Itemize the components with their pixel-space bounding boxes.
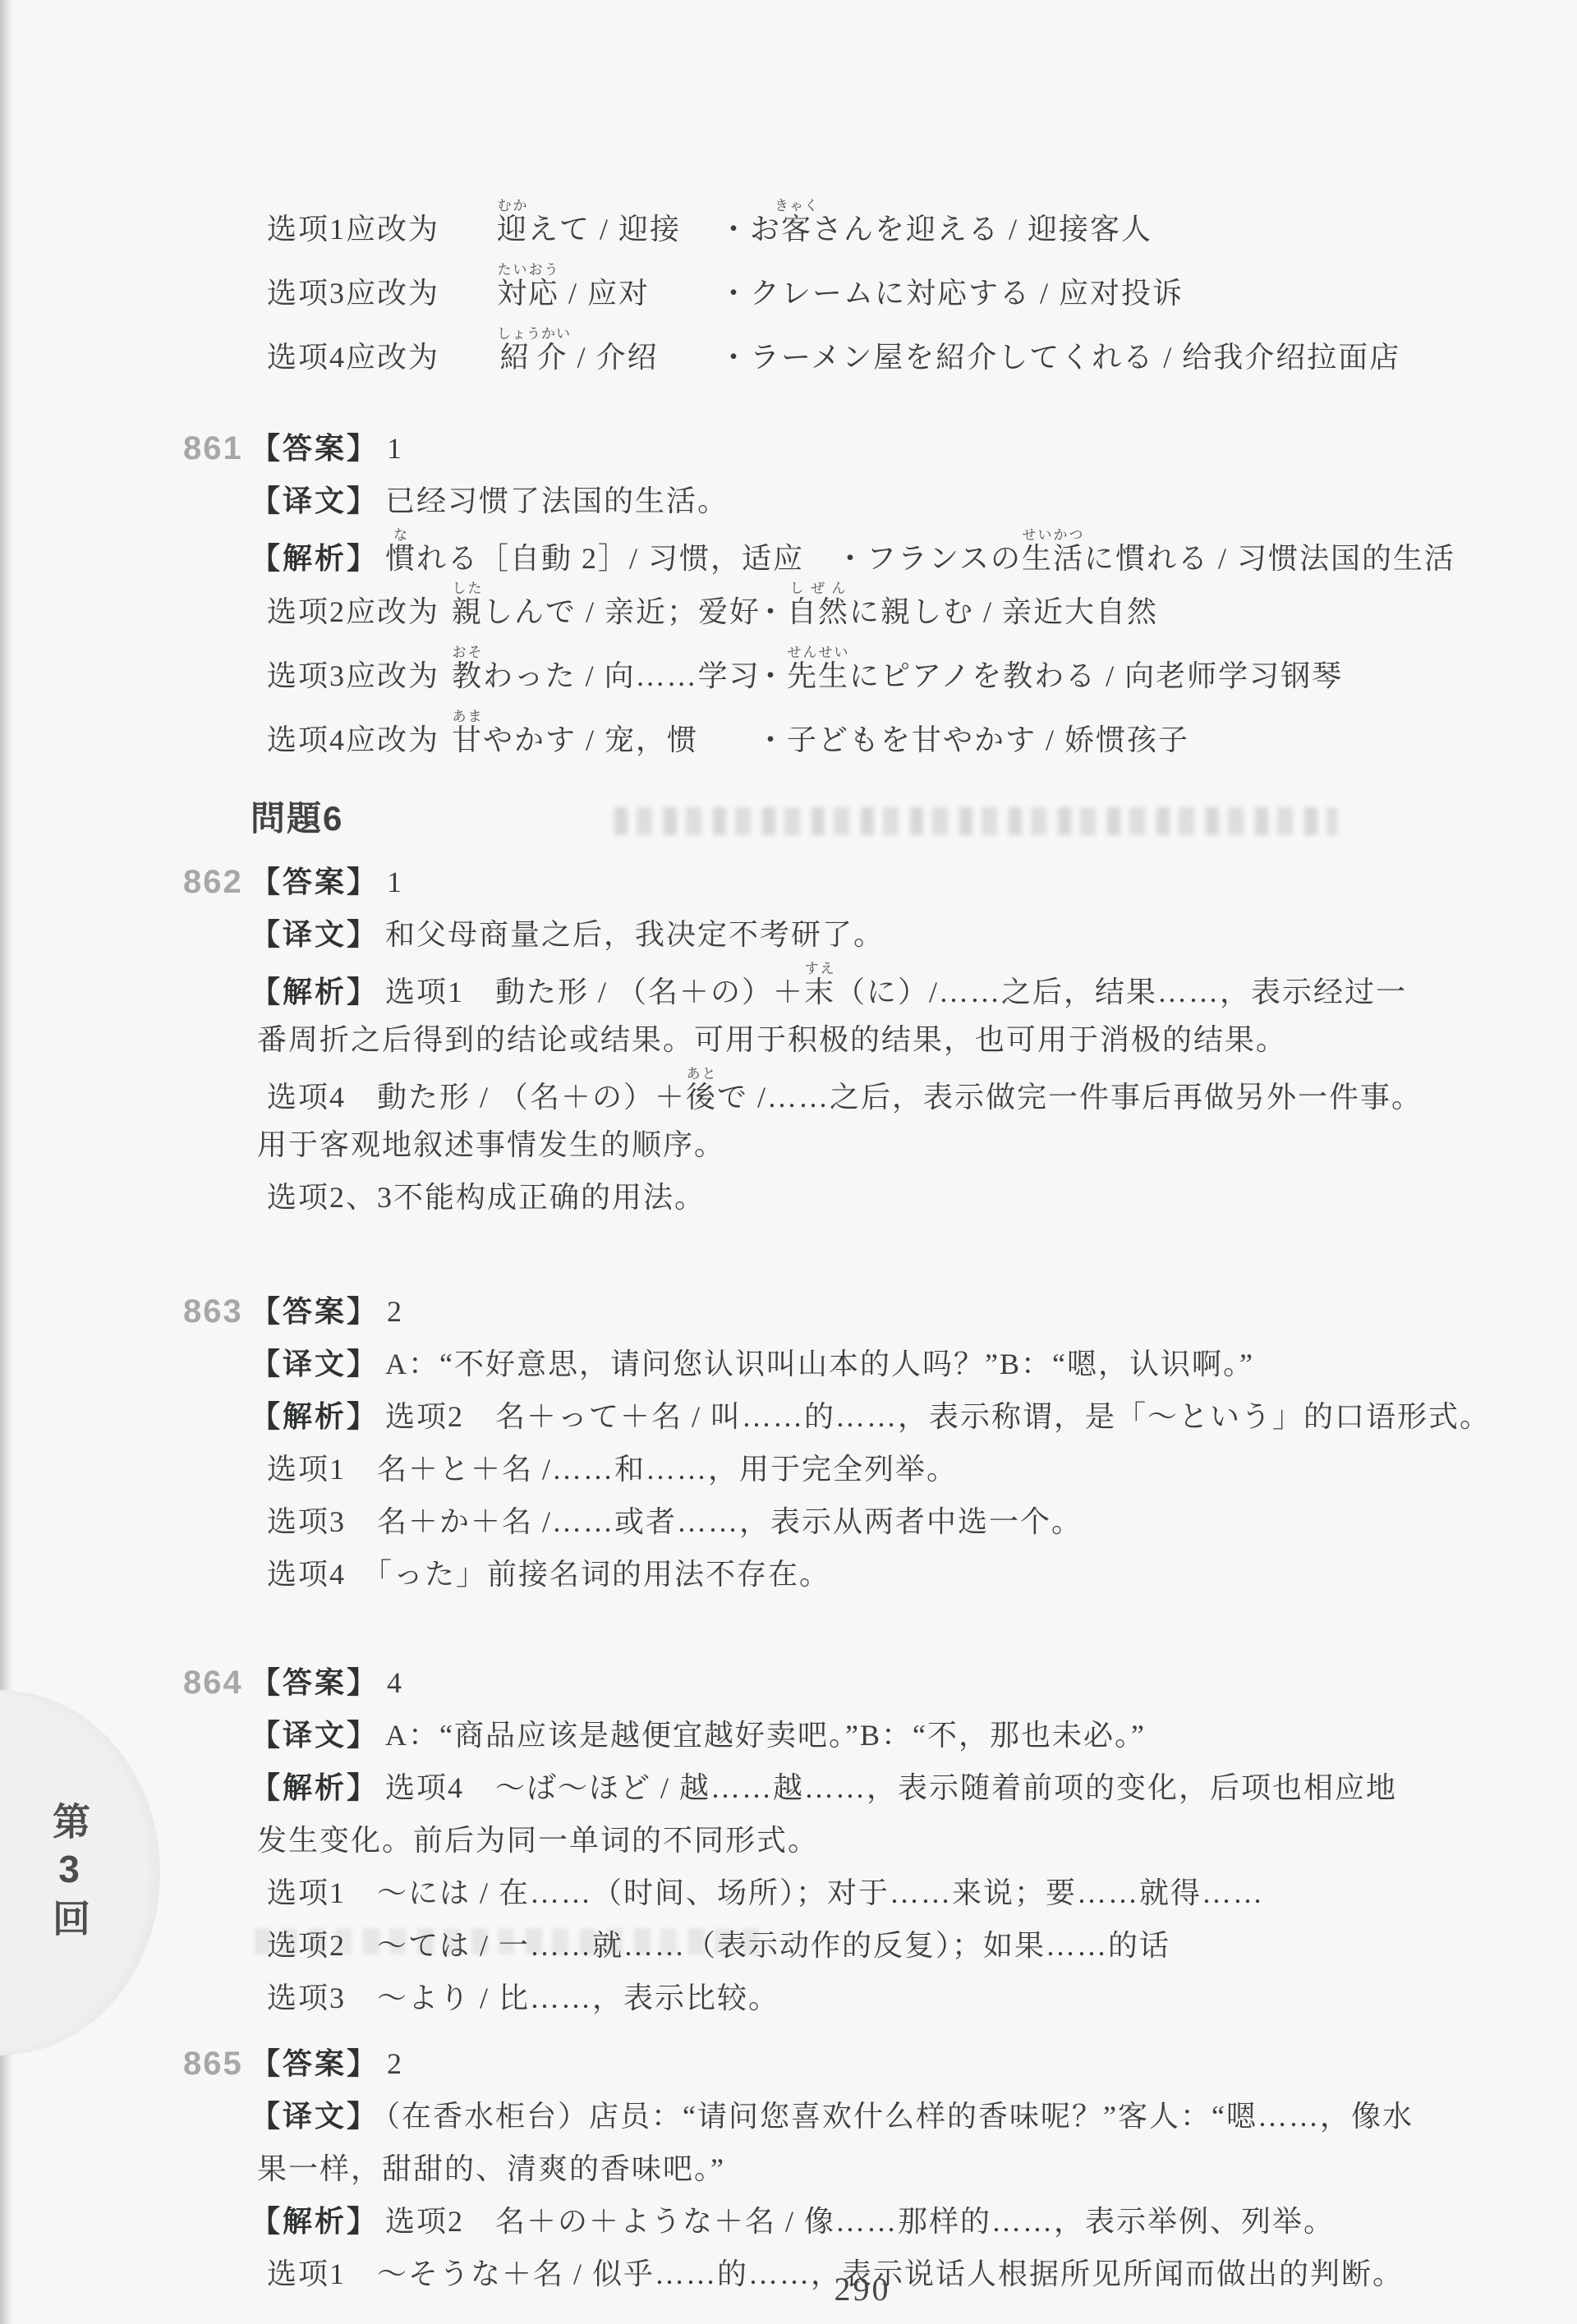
analysis-label: 【解析】 (251, 1400, 379, 1433)
answer-label: 【答案】 (251, 866, 379, 898)
answer-value: 2 (387, 2047, 403, 2080)
translation-text: A：“不好意思，请问您认识叫山本的人吗？”B：“嗯，认识啊。” (385, 1348, 1254, 1380)
analysis-label: 【解析】 (251, 2205, 379, 2238)
analysis-text: 选项2 名＋の＋ような＋名 / 像……那样的……，表示举例、列举。 (385, 2205, 1335, 2238)
correction-row: 选项1应改为迎むかえて / 迎接・お客きゃくさんを迎える / 迎接客人 (251, 197, 1474, 261)
answer-label: 【答案】 (251, 2047, 379, 2080)
answer-value: 4 (387, 1666, 403, 1699)
option-example: ・自然しぜんに親しむ / 亲近大自然 (756, 595, 1158, 628)
translation-label: 【译文】 (251, 1348, 379, 1380)
answer-line: 865【答案】2 (251, 2037, 1474, 2090)
translation-line: 果一样，甜甜的、清爽的香味吧。” (251, 2143, 1474, 2195)
analysis-label: 【解析】 (251, 1771, 379, 1804)
analysis-line: 选项3 ～より / 比……，表示比较。 (251, 1972, 1474, 2024)
option-correct-form: 迎むかえて / 迎接 (497, 197, 719, 261)
option-example: ・子どもを甘やかす / 娇惯孩子 (756, 723, 1189, 756)
analysis-label: 【解析】 (251, 976, 379, 1008)
item-number: 863 (183, 1293, 243, 1330)
item-number: 865 (183, 2046, 243, 2082)
analysis-line: 【解析】选项2 名＋の＋ような＋名 / 像……那样的……，表示举例、列举。 (251, 2195, 1474, 2248)
analysis-text: 慣なれる［自動 2］/ 习惯，适应 ・フランスの生活せいかつに慣れる / 习惯法… (385, 542, 1455, 575)
translation-text: （在香水柜台）店员：“请问您喜欢什么样的香味呢？”客人：“嗯……，像水 (385, 2100, 1414, 2133)
translation-line: 【译文】已经习惯了法国的生活。 (251, 475, 1474, 527)
option-label: 选项1应改为 (251, 197, 497, 261)
analysis-text: 选项4 ～ば～ほど / 越……越……，表示随着前项的变化，后项也相应地 (385, 1771, 1397, 1804)
item-861: 861【答案】1 【译文】已经习惯了法国的生活。 【解析】慣なれる［自動 2］/… (251, 422, 1474, 772)
item-number: 864 (183, 1665, 243, 1701)
option-correct-form: 紹介しょうかい / 介绍 (497, 325, 719, 389)
option-correct-form: 親したしんで / 亲近；爱好 (452, 580, 756, 644)
answer-value: 1 (387, 432, 403, 465)
section-header-text: 問題6 (251, 799, 343, 838)
analysis-line: 选项4 動た形 / （名＋の）＋後あとで /……之后，表示做完一件事后再做另外一… (251, 1066, 1474, 1118)
side-tab-label: 第3回 (42, 1802, 96, 1945)
option-correct-form: 甘あまやかす / 宠，惯 (452, 708, 756, 772)
answer-label: 【答案】 (251, 1295, 379, 1328)
analysis-text: 选项1 動た形 / （名＋の）＋末すえ（に）/……之后，结果……，表示经过一 (385, 976, 1407, 1008)
translation-text: 已经习惯了法国的生活。 (385, 485, 729, 517)
correction-row: 选项3应改为教おそわった / 向……学习・先生せんせいにピアノを教わる / 向老… (251, 644, 1474, 708)
analysis-line: 选项2、3不能构成正确的用法。 (251, 1171, 1474, 1224)
page-content: 选项1应改为迎むかえて / 迎接・お客きゃくさんを迎える / 迎接客人 选项3应… (251, 197, 1474, 2300)
answer-line: 861【答案】1 (251, 422, 1474, 475)
item-number: 862 (183, 864, 243, 900)
analysis-line: 【解析】选项4 ～ば～ほど / 越……越……，表示随着前项的变化，后项也相应地 (251, 1761, 1474, 1814)
analysis-line: 【解析】慣なれる［自動 2］/ 习惯，适应 ・フランスの生活せいかつに慣れる /… (251, 527, 1474, 580)
translation-label: 【译文】 (251, 918, 379, 951)
answer-line: 863【答案】2 (251, 1285, 1474, 1338)
option-label: 选项2应改为 (251, 580, 452, 644)
answer-label: 【答案】 (251, 432, 379, 465)
correction-row: 选项2应改为親したしんで / 亲近；爱好・自然しぜんに親しむ / 亲近大自然 (251, 580, 1474, 644)
analysis-line: 选项3 名＋か＋名 /……或者……，表示从两者中选一个。 (251, 1495, 1474, 1548)
analysis-line: 用于客观地叙述事情发生的顺序。 (251, 1118, 1474, 1171)
translation-label: 【译文】 (251, 485, 379, 517)
translation-line: 【译文】A：“不好意思，请问您认识叫山本的人吗？”B：“嗯，认识啊。” (251, 1338, 1474, 1390)
translation-text: 和父母商量之后，我决定不考研了。 (385, 918, 885, 951)
option-example: ・お客きゃくさんを迎える / 迎接客人 (719, 213, 1152, 246)
option-label: 选项3应改为 (251, 261, 497, 325)
analysis-line: 选项1 名＋と＋名 /……和……，用于完全列举。 (251, 1443, 1474, 1495)
side-tab-round: 第3回 (0, 1690, 160, 2055)
option-correct-form: 対応たいおう / 应对 (497, 261, 719, 325)
analysis-line: 番周折之后得到的结论或结果。可用于积极的结果，也可用于消极的结果。 (251, 1013, 1474, 1066)
correction-row: 选项4应改为甘あまやかす / 宠，惯・子どもを甘やかす / 娇惯孩子 (251, 708, 1474, 772)
analysis-line: 选项4 「った」前接名词的用法不存在。 (251, 1548, 1474, 1601)
analysis-line: 选项1 ～には / 在……（时间、场所）；对于……来说；要……就得…… (251, 1867, 1474, 1919)
item-862: 862【答案】1 【译文】和父母商量之后，我决定不考研了。 【解析】选项1 動た… (251, 856, 1474, 1224)
option-example: ・クレームに対応する / 应对投诉 (719, 277, 1184, 310)
option-example: ・ラーメン屋を紹介してくれる / 给我介绍拉面店 (719, 341, 1400, 374)
analysis-label: 【解析】 (251, 542, 379, 575)
translation-text: A：“商品应该是越便宜越好卖吧。”B：“不，那也未必。” (385, 1719, 1146, 1752)
page-number: 290 (251, 2270, 1474, 2308)
answer-label: 【答案】 (251, 1666, 379, 1699)
translation-line: 【译文】（在香水柜台）店员：“请问您喜欢什么样的香味呢？”客人：“嗯……，像水 (251, 2090, 1474, 2143)
option-label: 选项4应改为 (251, 708, 452, 772)
answer-value: 1 (387, 866, 403, 898)
option-correct-form: 教おそわった / 向……学习 (452, 644, 756, 708)
translation-label: 【译文】 (251, 1719, 379, 1752)
item-number: 861 (183, 430, 243, 466)
translation-line: 【译文】A：“商品应该是越便宜越好卖吧。”B：“不，那也未必。” (251, 1709, 1474, 1761)
translation-line: 【译文】和父母商量之后，我决定不考研了。 (251, 908, 1474, 961)
item-864: 864【答案】4 【译文】A：“商品应该是越便宜越好卖吧。”B：“不，那也未必。… (251, 1656, 1474, 2024)
correction-row: 选项4应改为紹介しょうかい / 介绍・ラーメン屋を紹介してくれる / 给我介绍拉… (251, 325, 1474, 389)
analysis-line: 【解析】选项2 名＋って＋名 / 叫……的……，表示称谓，是「～という」的口语形… (251, 1390, 1474, 1443)
item-863: 863【答案】2 【译文】A：“不好意思，请问您认识叫山本的人吗？”B：“嗯，认… (251, 1285, 1474, 1601)
answer-line: 864【答案】4 (251, 1656, 1474, 1709)
translation-label: 【译文】 (251, 2100, 379, 2133)
answer-value: 2 (387, 1295, 403, 1328)
analysis-line: 选项2 ～ては / 一……就……（表示动作的反复）；如果……的话 (251, 1919, 1474, 1972)
analysis-line: 【解析】选项1 動た形 / （名＋の）＋末すえ（に）/……之后，结果……，表示经… (251, 961, 1474, 1013)
section-header: 問題6 (251, 790, 1474, 847)
print-bleed-artifact (614, 807, 1337, 835)
answer-line: 862【答案】1 (251, 856, 1474, 908)
item-865: 865【答案】2 【译文】（在香水柜台）店员：“请问您喜欢什么样的香味呢？”客人… (251, 2037, 1474, 2300)
option-label: 选项4应改为 (251, 325, 497, 389)
option-example: ・先生せんせいにピアノを教わる / 向老师学习钢琴 (756, 659, 1343, 692)
analysis-line: 发生变化。前后为同一单词的不同形式。 (251, 1814, 1474, 1867)
analysis-text: 选项2 名＋って＋名 / 叫……的……，表示称谓，是「～という」的口语形式。 (385, 1400, 1491, 1433)
correction-rows-top: 选项1应改为迎むかえて / 迎接・お客きゃくさんを迎える / 迎接客人 选项3应… (251, 197, 1474, 389)
correction-row: 选项3应改为対応たいおう / 应对・クレームに対応する / 应对投诉 (251, 261, 1474, 325)
option-label: 选项3应改为 (251, 644, 452, 708)
